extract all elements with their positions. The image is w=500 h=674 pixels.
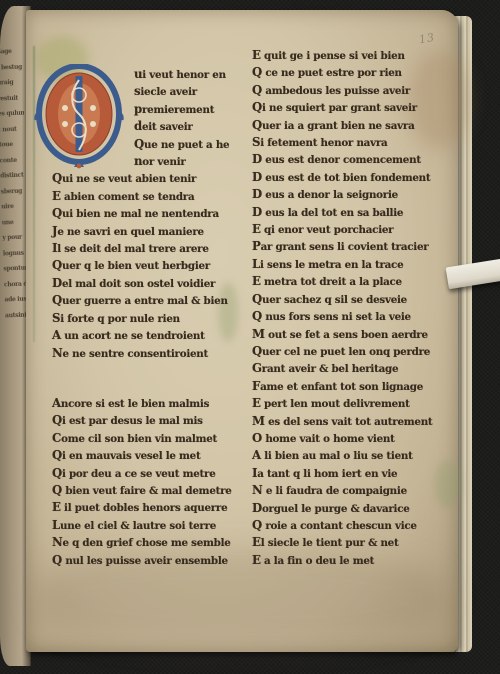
verse-line: O home vait o home vient bbox=[252, 430, 458, 447]
verse-line: Ne q den grief chose me semble bbox=[52, 534, 252, 551]
verse-line: D eus a denor la seignorie bbox=[252, 186, 458, 203]
verse-line: Il se deit del mal trere arere bbox=[52, 240, 252, 257]
text-column-left: ui veut henor ensiecle aveirpremierement… bbox=[52, 66, 252, 569]
verse-line: E abien coment se tendra bbox=[52, 188, 252, 205]
verse-line: Del mal doit son ostel voidier bbox=[52, 275, 252, 292]
verse-line: E metra tot dreit a la place bbox=[252, 273, 458, 290]
verse-line: Dorguel le purge & davarice bbox=[252, 500, 458, 517]
verse-line: Je ne savri en quel maniere bbox=[52, 223, 252, 240]
verse-line: Qui ne se veut abien tenir bbox=[52, 170, 252, 187]
verse-stanza-2: Ancore si est le bien malmisQi est par d… bbox=[52, 395, 252, 569]
edge-text-fragment: r bestug bbox=[0, 59, 23, 75]
verse-line: Si fetement henor navra bbox=[252, 134, 458, 151]
verse-line: nor venir bbox=[134, 153, 252, 170]
verse-block-beside-initial: ui veut henor ensiecle aveirpremierement… bbox=[134, 66, 252, 170]
edge-text-fragment: Gage bbox=[0, 44, 22, 60]
verse-line: Que ne puet a he bbox=[134, 136, 252, 153]
verse-line: Qi por deu a ce se veut metre bbox=[52, 465, 252, 482]
verse-line: siecle aveir bbox=[134, 83, 252, 100]
verse-line: D eus est de tot bien fondement bbox=[252, 169, 458, 186]
verse-line: El siecle le tient pur & net bbox=[252, 534, 458, 551]
manuscript-page: 13 ui veut henor ensiecle av bbox=[26, 10, 458, 652]
verse-line: E quit ge i pense si vei bien bbox=[252, 47, 458, 64]
folio-number-pencil: 13 bbox=[418, 31, 436, 47]
edge-text-fragment: es qulum bbox=[0, 106, 24, 122]
verse-line: Quer q le bien veut herbgier bbox=[52, 257, 252, 274]
verse-line: deit saveir bbox=[134, 118, 252, 135]
edge-text-fragment: y pour bbox=[2, 230, 29, 246]
verse-line: Par grant sens li covient tracier bbox=[252, 238, 458, 255]
verse-line: M es del sens vait tot autrement bbox=[252, 413, 458, 430]
text-column-right: E quit ge i pense si vei bienQ ce ne pue… bbox=[252, 47, 458, 569]
verse-line: premierement bbox=[134, 101, 252, 118]
edge-text-fragment: restuit bbox=[0, 90, 24, 106]
verse-line: Quer guerre a entre mal & bien bbox=[52, 292, 252, 309]
verse-line: Ia tant q li hom iert en vie bbox=[252, 465, 458, 482]
verse-line: Ne ne sentre consentiroient bbox=[52, 345, 252, 362]
verse-line: Come cil son bien vin malmet bbox=[52, 430, 252, 447]
verse-line: Quer cel ne puet len onq perdre bbox=[252, 343, 458, 360]
verse-line: E qi enor veut porchacier bbox=[252, 221, 458, 238]
verse-line: ui veut henor en bbox=[134, 66, 252, 83]
verse-line: Qi en mauvais vesel le met bbox=[52, 447, 252, 464]
verse-line: Lune el ciel & lautre soi terre bbox=[52, 517, 252, 534]
stanza-gap bbox=[52, 362, 252, 395]
edge-text-fragment: uire bbox=[1, 199, 28, 215]
verse-line: Quer sachez q sil se desveie bbox=[252, 291, 458, 308]
verse-line: Q ambedous les puisse aveir bbox=[252, 82, 458, 99]
verse-line: Q ce ne puet estre por rien bbox=[252, 64, 458, 81]
verse-line: D eus est denor comencement bbox=[252, 151, 458, 168]
verse-line: Q bien veut faire & mal demetre bbox=[52, 482, 252, 499]
edge-text-fragment: : nout bbox=[0, 121, 25, 137]
verse-line: Li sens le metra en la trace bbox=[252, 256, 458, 273]
verse-line: Q roie a contant chescun vice bbox=[252, 517, 458, 534]
edge-text-fragment: toue bbox=[0, 137, 25, 153]
verse-line: M out se fet a sens boen aerdre bbox=[252, 326, 458, 343]
verse-line: E il puet dobles henors aquerre bbox=[52, 499, 252, 516]
edge-text-fragment: une bbox=[2, 214, 29, 230]
verse-line: E a la fin o deu le met bbox=[252, 552, 458, 569]
verse-line: Grant aveir & bel heritage bbox=[252, 360, 458, 377]
edge-text-fragment: sberug bbox=[0, 183, 27, 199]
verse-line: Q nul les puisse aveir ensemble bbox=[52, 552, 252, 569]
verse-line: Ancore si est le bien malmis bbox=[52, 395, 252, 412]
verse-line: A li bien au mal o liu se tient bbox=[252, 447, 458, 464]
verse-line: N e li faudra de compaignie bbox=[252, 482, 458, 499]
edge-text-fragment: distinct bbox=[0, 168, 26, 184]
verse-line: Quer ia a grant bien ne savra bbox=[252, 117, 458, 134]
verse-line: D eus la del tot en sa ballie bbox=[252, 204, 458, 221]
manuscript-photograph: Gager bestuguraigrestuites qulum: noutto… bbox=[0, 0, 500, 674]
verse-stanza-1: Qui ne se veut abien tenirE abien coment… bbox=[52, 170, 252, 361]
edge-text-fragment: conte bbox=[0, 152, 26, 168]
verse-line: Fame et enfant tot son lignage bbox=[252, 378, 458, 395]
verse-line: Qi est par desus le mal mis bbox=[52, 412, 252, 429]
edge-text-fragment: uraig bbox=[0, 75, 23, 91]
verse-line: A un acort ne se tendroient bbox=[52, 327, 252, 344]
verse-line: Qi ne squiert par grant saveir bbox=[252, 99, 458, 116]
verse-line: Si forte q por nule rien bbox=[52, 310, 252, 327]
verse-line: Q nus fors sens ni set la veie bbox=[252, 308, 458, 325]
verse-line: E pert len mout delivrement bbox=[252, 395, 458, 412]
verse-line: Qui bien ne mal ne nentendra bbox=[52, 205, 252, 222]
